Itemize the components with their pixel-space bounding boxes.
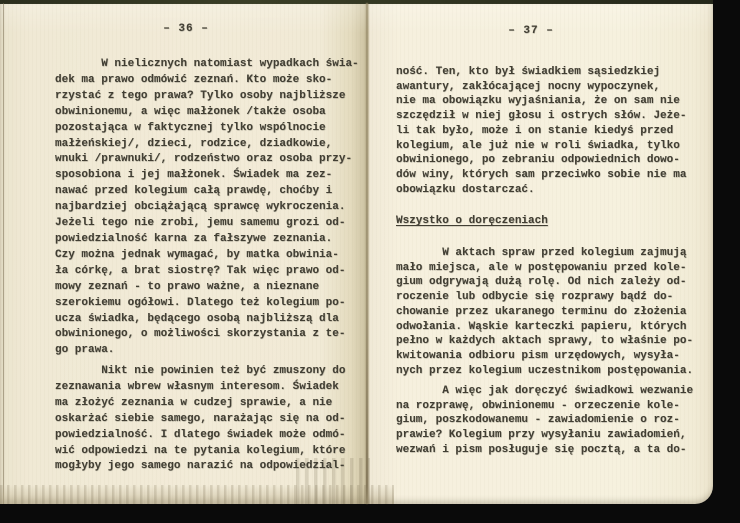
page-number-right: – 37 – [396, 24, 666, 39]
photo-top-edge [0, 0, 713, 4]
paragraph: W aktach spraw przed kolegium zajmują ma… [396, 246, 693, 378]
paragraph: W nielicznych natomiast wypadkach świa- … [55, 57, 359, 359]
paragraph: Nikt nie powinien też być zmuszony do ze… [55, 364, 345, 475]
left-page-crease [3, 3, 4, 504]
paragraph: A więc jak doręczyć świadkowi wezwanie n… [396, 384, 693, 458]
scanned-book-photo: – 36 – W nielicznych natomiast wypadkach… [0, 0, 740, 523]
section-heading: Wszystko o doręczeniach [396, 214, 548, 229]
page-number-left: – 36 – [55, 22, 317, 38]
paragraph: ność. Ten, kto był świadkiem sąsiedzkiej… [396, 65, 686, 197]
book-gutter [366, 3, 368, 504]
